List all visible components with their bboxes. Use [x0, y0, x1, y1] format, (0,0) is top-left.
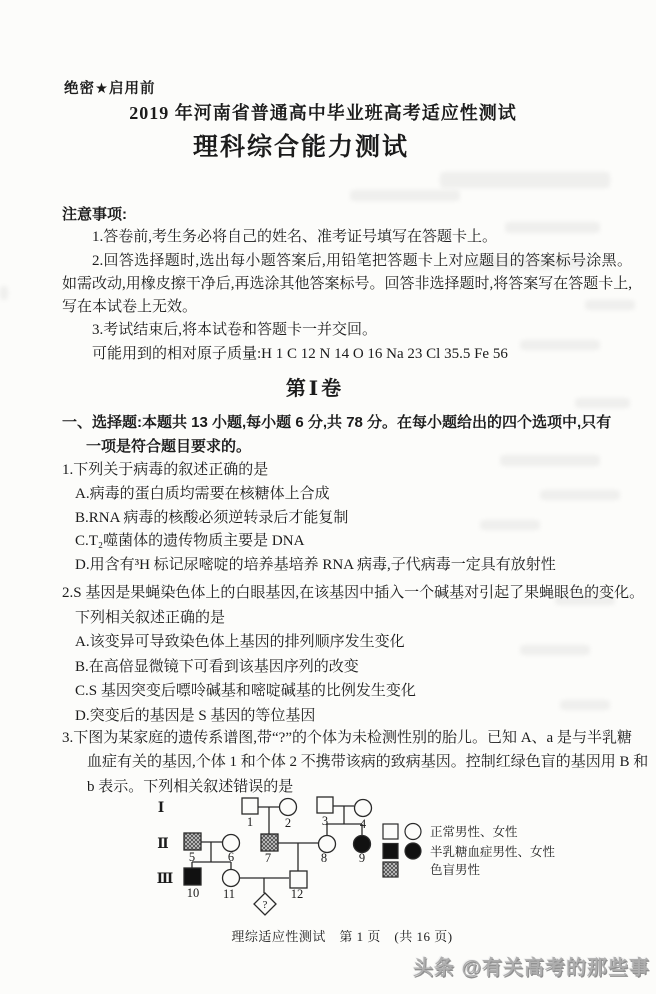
question-1: 1.下列关于病毒的叙述正确的是 A.病毒的蛋白质均需要在核糖体上合成 B.RNA…: [62, 459, 637, 578]
question-2-stem-line2: 下列相关叙述正确的是: [62, 606, 637, 631]
legend-label-galactosemia: 半乳糖血症男性、女性: [430, 844, 556, 859]
question-3-stem-line2: 血症有关的基因,个体 1 和个体 2 不携带该病的致病基因。控制红绿色盲的基因用…: [62, 750, 637, 774]
individual-number: 9: [359, 851, 365, 865]
normal-female-icon: [405, 824, 421, 840]
pedigree-individual-4: [355, 800, 372, 817]
pedigree-individual-5: [184, 833, 201, 850]
pedigree-individual-2: [280, 799, 297, 816]
question-1-option-a: A.病毒的蛋白质均需要在核糖体上合成: [62, 483, 637, 507]
pedigree-individual-9: [354, 836, 371, 853]
affected-male-icon: [383, 844, 398, 859]
generation-label-1: Ⅰ: [158, 800, 164, 815]
pedigree-legend: 正常男性、女性 半乳糖血症男性、女性 色盲男性: [383, 824, 556, 878]
notes-heading: 注意事项:: [62, 203, 632, 226]
question-1-option-b: B.RNA 病毒的核酸必须逆转录后才能复制: [62, 507, 637, 531]
scan-bleed-artifact: [350, 190, 460, 201]
classification-label: 绝密★启用前: [64, 77, 156, 98]
exam-title: 2019 年河南省普通高中毕业班高考适应性测试: [0, 99, 651, 125]
question-1-stem: 1.下列关于病毒的叙述正确的是: [62, 459, 637, 483]
note-item-1: 1.答卷前,考生务必将自己的姓名、准考证号填写在答题卡上。: [62, 226, 632, 249]
pedigree-individual-7: [261, 834, 278, 851]
question-1-option-c: C.T₂噬菌体的遗传物质主要是 DNA: [62, 530, 637, 554]
pedigree-individual-3: [317, 797, 333, 813]
individual-number: 12: [291, 887, 304, 901]
legend-label-normal: 正常男性、女性: [430, 824, 518, 839]
pedigree-individual-1: [242, 798, 258, 814]
individual-number: 5: [189, 850, 195, 864]
question-2-stem-line1: 2.S 基因是果蝇染色体上的白眼基因,在该基因中插入一个碱基对引起了果蝇眼色的变…: [62, 581, 637, 606]
individual-number: 2: [285, 816, 291, 830]
individual-number: 1: [247, 815, 253, 829]
part1-title: 第Ⅰ卷: [0, 372, 643, 401]
exam-page: 绝密★启用前 2019 年河南省普通高中毕业班高考适应性测试 理科综合能力测试 …: [0, 0, 656, 994]
question-2-option-a: A.该变异可导致染色体上基因的排列顺序发生变化: [62, 630, 637, 655]
pedigree-individual-10: [184, 868, 201, 885]
individual-number: 10: [187, 886, 200, 900]
note-item-3: 3.考试结束后,将本试卷和答题卡一并交回。: [62, 319, 632, 342]
page-footer: 理综适应性测试 第 1 页 (共 16 页): [14, 926, 656, 945]
notes-section: 注意事项: 1.答卷前,考生务必将自己的姓名、准考证号填写在答题卡上。 2.回答…: [62, 203, 632, 366]
pedigree-individual-6: [223, 835, 240, 852]
section-header: 一、选择题:本题共 13 小题,每小题 6 分,共 78 分。在每小题给出的四个…: [62, 411, 637, 458]
pedigree-individual-8: [319, 836, 336, 853]
question-3-stem-line1: 3.下图为某家庭的遗传系谱图,带“?”的个体为未检测性别的胎儿。已知 A、a 是…: [62, 726, 637, 750]
colorblind-male-icon: [383, 862, 398, 877]
individual-number: 6: [228, 850, 234, 864]
question-1-option-d: D.用含有³H 标记尿嘧啶的培养基培养 RNA 病毒,子代病毒一定具有放射性: [62, 554, 637, 578]
individual-number: 11: [223, 887, 235, 901]
fetus-question-mark: ?: [263, 899, 268, 911]
scan-bleed-artifact: [440, 172, 610, 188]
normal-male-icon: [383, 824, 398, 839]
legend-label-colorblind: 色盲男性: [430, 862, 481, 877]
pedigree-individual-12: [290, 871, 307, 888]
section-header-line1: 一、选择题:本题共 13 小题,每小题 6 分,共 78 分。在每小题给出的四个…: [62, 411, 637, 435]
question-3: 3.下图为某家庭的遗传系谱图,带“?”的个体为未检测性别的胎儿。已知 A、a 是…: [62, 726, 637, 799]
individual-number: 8: [321, 851, 327, 865]
atomic-mass-line: 可能用到的相对原子质量:H 1 C 12 N 14 O 16 Na 23 Cl …: [62, 343, 632, 366]
individual-number: 4: [360, 817, 367, 831]
subject-title: 理科综合能力测试: [0, 127, 629, 163]
affected-female-icon: [405, 843, 421, 859]
watermark: 头条 @有关高考的那些事: [413, 951, 650, 980]
question-2-option-d: D.突变后的基因是 S 基因的等位基因: [62, 704, 637, 729]
note-item-2: 2.回答选择题时,选出每小题答案后,用铅笔把答题卡上对应题目的答案标号涂黑。如需…: [62, 250, 632, 320]
question-2: 2.S 基因是果蝇染色体上的白眼基因,在该基因中插入一个碱基对引起了果蝇眼色的变…: [62, 581, 637, 729]
generation-label-3: Ⅲ: [157, 871, 173, 886]
individual-number: 7: [265, 851, 271, 865]
question-2-option-b: B.在高倍显微镜下可看到该基因序列的改变: [62, 655, 637, 680]
individual-number: 3: [322, 814, 328, 828]
section-header-line2: 一项是符合题目要求的。: [62, 435, 637, 459]
pedigree-diagram: Ⅰ Ⅱ Ⅲ ? 1 2 3 4 5 6 7 8 9 10 11: [95, 790, 640, 925]
scan-bleed-artifact: [0, 286, 8, 300]
question-2-option-c: C.S 基因突变后嘌呤碱基和嘧啶碱基的比例发生变化: [62, 679, 637, 704]
pedigree-individual-11: [223, 870, 240, 887]
generation-label-2: Ⅱ: [157, 836, 168, 851]
